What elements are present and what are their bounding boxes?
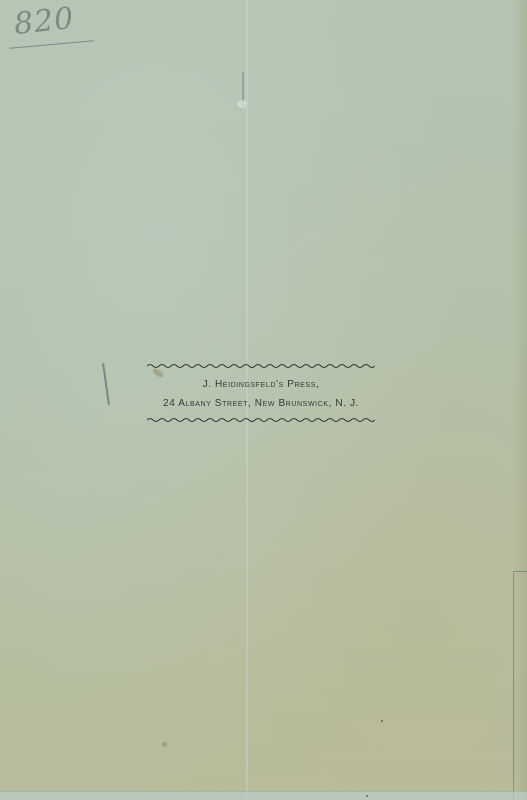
pencil-stroke-mark <box>102 363 110 405</box>
document-page: 820 J. Heidingsfeld's Press, 24 Albany S… <box>0 0 527 800</box>
imprint-address: 24 Albany Street, New Brunswick, N. J. <box>147 398 375 409</box>
right-paper-edge <box>513 0 527 800</box>
paper-speck <box>381 720 383 722</box>
paper-speck <box>366 795 368 797</box>
bottom-paper-edge <box>0 791 527 800</box>
pinhole-spot <box>237 100 247 108</box>
right-edge-crease <box>513 571 527 572</box>
handwritten-underline <box>9 40 94 48</box>
imprint-printer-name: J. Heidingsfeld's Press, <box>147 379 375 390</box>
right-edge-crease-vertical <box>513 572 514 800</box>
handwritten-catalog-number: 820 <box>12 1 76 42</box>
paper-speck <box>162 742 167 747</box>
wavy-rule-bottom <box>147 416 375 424</box>
printer-imprint: J. Heidingsfeld's Press, 24 Albany Stree… <box>147 362 375 424</box>
wavy-rule-top <box>147 362 375 370</box>
